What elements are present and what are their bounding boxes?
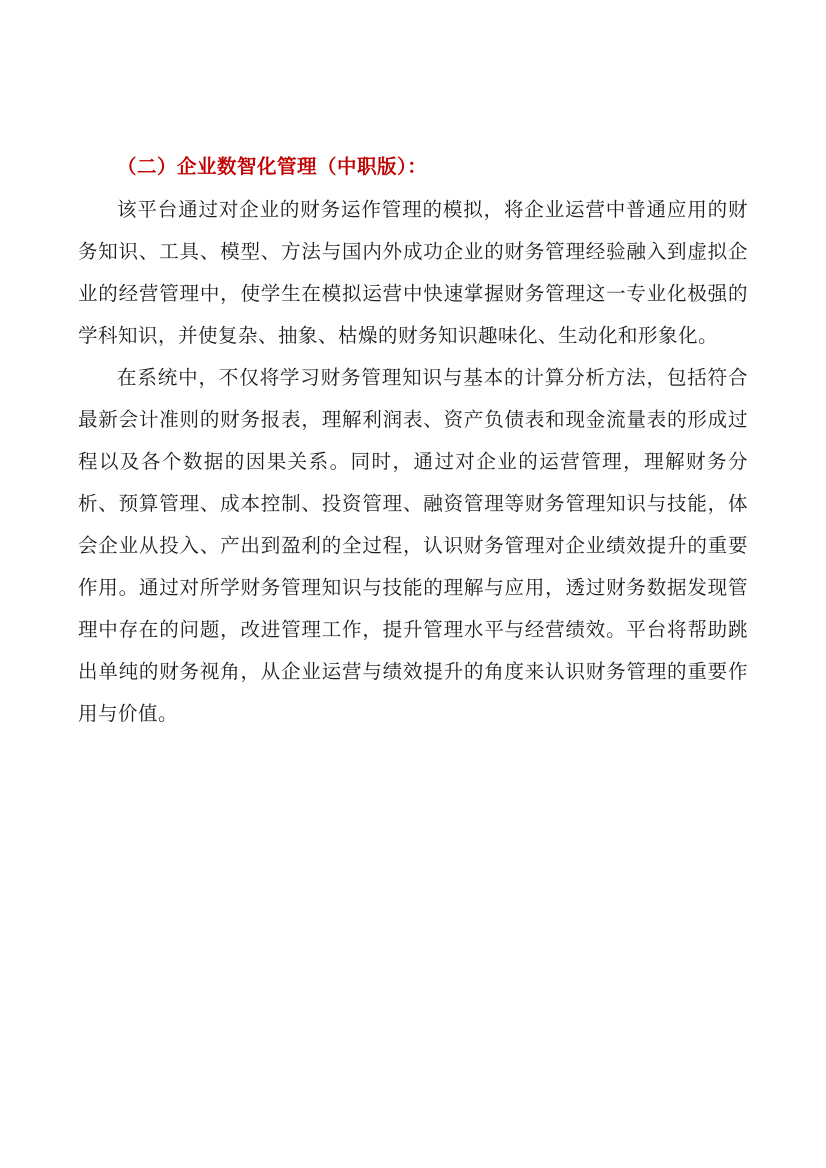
paragraph-platform-overview: 该平台通过对企业的财务运作管理的模拟，将企业运营中普通应用的财务知识、工具、模型…	[78, 190, 748, 358]
document-body: （二）企业数智化管理（中职版）： 该平台通过对企业的财务运作管理的模拟，将企业运…	[78, 146, 748, 736]
document-page: （二）企业数智化管理（中职版）： 该平台通过对企业的财务运作管理的模拟，将企业运…	[0, 0, 826, 1168]
section-heading: （二）企业数智化管理（中职版）：	[78, 146, 748, 190]
paragraph-system-learning: 在系统中，不仅将学习财务管理知识与基本的计算分析方法，包括符合最新会计准则的财务…	[78, 358, 748, 736]
